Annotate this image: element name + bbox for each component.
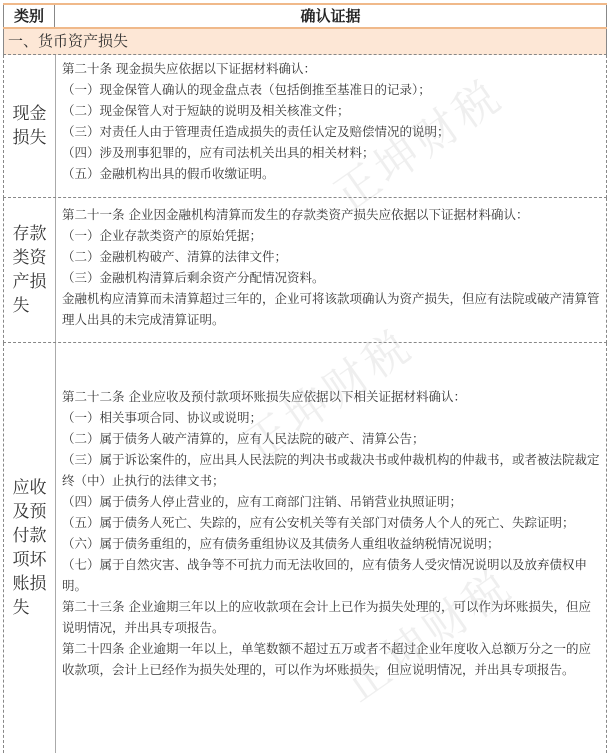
evidence-line: （二）属于债务人破产清算的，应有人民法院的破产、清算公告； [62, 428, 600, 449]
evidence-line: 第二十一条 企业因金融机构清算而发生的存款类资产损失应依据以下证据材料确认： [62, 204, 600, 225]
evidence-line: （五）属于债务人死亡、失踪的，应有公安机关等有关部门对债务人个人的死亡、失踪证明… [62, 512, 600, 533]
evidence-line: 金融机构应清算而未清算超过三年的，企业可将该款项确认为资产损失，但应有法院或破产… [62, 288, 600, 330]
evidence-line: （一）相关事项合同、协议或说明； [62, 407, 600, 428]
evidence-table: 类别 确认证据 一、货币资产损失 现金损失 第二十条 现金损失应依据以下证据材料… [3, 3, 607, 753]
table-row-deposit-loss: 存款类资产损失 第二十一条 企业因金融机构清算而发生的存款类资产损失应依据以下证… [3, 198, 607, 343]
evidence-cell: 第二十条 现金损失应依据以下证据材料确认： （一）现金保管人确认的现金盘点表（包… [62, 55, 600, 197]
evidence-line: （三）属于诉讼案件的，应出具人民法院的判决书或裁决书或仲裁机构的仲裁书，或者被法… [62, 449, 600, 491]
evidence-line: 第二十条 现金损失应依据以下证据材料确认： [62, 58, 600, 79]
evidence-line: （七）属于自然灾害、战争等不可抗力而无法收回的，应有债务人受灾情况说明以及放弃债… [62, 554, 600, 596]
evidence-line: （四）属于债务人停止营业的，应有工商部门注销、吊销营业执照证明； [62, 491, 600, 512]
header-category: 类别 [3, 5, 55, 27]
evidence-line: （一）现金保管人确认的现金盘点表（包括倒推至基准日的记录）； [62, 79, 600, 100]
table-row-cash-loss: 现金损失 第二十条 现金损失应依据以下证据材料确认： （一）现金保管人确认的现金… [3, 55, 607, 198]
category-label: 现金损失 [13, 102, 47, 150]
evidence-line: 第二十二条 企业应收及预付款项坏账损失应依据以下相关证据材料确认： [62, 386, 600, 407]
category-cell: 存款类资产损失 [4, 198, 56, 342]
section-title: 一、货币资产损失 [3, 29, 607, 55]
evidence-line: （三）金融机构清算后剩余资产分配情况资料。 [62, 267, 600, 288]
evidence-line: （五）金融机构出具的假币收缴证明。 [62, 163, 600, 184]
evidence-line: （三）对责任人由于管理责任造成损失的责任认定及赔偿情况的说明； [62, 121, 600, 142]
category-cell: 现金损失 [4, 55, 56, 197]
evidence-line: （六）属于债务重组的，应有债务重组协议及其债务人重组收益纳税情况说明； [62, 533, 600, 554]
header-evidence: 确认证据 [55, 5, 607, 27]
evidence-line: （二）金融机构破产、清算的法律文件； [62, 246, 600, 267]
evidence-line: （一）企业存款类资产的原始凭据； [62, 225, 600, 246]
evidence-cell: 第二十一条 企业因金融机构清算而发生的存款类资产损失应依据以下证据材料确认： （… [62, 198, 600, 342]
table-row-receivables-loss: 应收及预付款项坏账损失 第二十二条 企业应收及预付款项坏账损失应依据以下相关证据… [3, 343, 607, 753]
category-cell: 应收及预付款项坏账损失 [4, 343, 56, 753]
evidence-line: 第二十四条 企业逾期一年以上，单笔数额不超过五万或者不超过企业年度收入总额万分之… [62, 638, 600, 680]
evidence-cell: 第二十二条 企业应收及预付款项坏账损失应依据以下相关证据材料确认： （一）相关事… [62, 343, 600, 753]
category-label: 应收及预付款项坏账损失 [13, 476, 47, 620]
evidence-line: 第二十三条 企业逾期三年以上的应收款项在会计上已作为损失处理的，可以作为坏账损失… [62, 596, 600, 638]
category-label: 存款类资产损失 [13, 222, 47, 318]
evidence-line: （二）现金保管人对于短缺的说明及相关核准文件； [62, 100, 600, 121]
evidence-line: （四）涉及刑事犯罪的，应有司法机关出具的相关材料； [62, 142, 600, 163]
table-header: 类别 确认证据 [3, 3, 607, 29]
